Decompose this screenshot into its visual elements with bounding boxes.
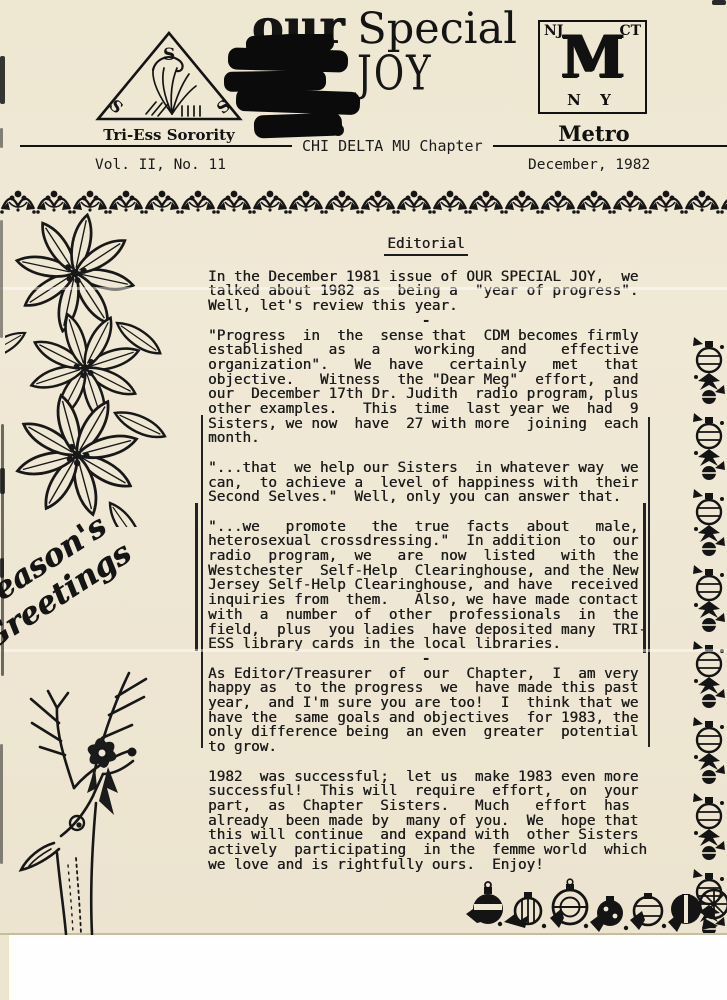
editorial-paragraph-5: As Editor/Treasurer of our Chapter, I am… [208, 667, 644, 755]
newsletter-page: S S S Tri-Ess Sorority ourSpecial JOY [0, 0, 727, 935]
paper-edge-mark [0, 744, 3, 864]
editorial-paragraph-2: "Progress in the sense that CDM becomes … [208, 329, 644, 447]
ornament-band [464, 874, 727, 934]
triangle-letter-top: S [163, 45, 175, 65]
redaction-mark [224, 34, 370, 148]
editorial-heading-wrap: Editorial [208, 237, 644, 256]
editorial-paragraph-3: "...that we help our Sisters in whatever… [208, 461, 644, 505]
holly-border [691, 333, 727, 933]
paper-edge-mark [0, 468, 5, 494]
separator-dash-2: - [208, 652, 644, 667]
metro-logo: NJ CT M N Y Metro [538, 20, 650, 146]
editorial-paragraph-4: "...we promote the true facts about male… [208, 520, 644, 652]
paper-edge-mark [0, 56, 5, 104]
separator-dash-1: - [208, 314, 644, 329]
scanner-background [0, 935, 727, 1000]
fold-crease-lower [0, 649, 727, 652]
editorial-article: Editorial In the December 1981 issue of … [208, 237, 644, 872]
date-label: December, 1982 [528, 157, 650, 173]
metro-box: NJ CT M N Y [538, 20, 647, 114]
metro-ny-label: N Y [540, 91, 645, 109]
editorial-heading: Editorial [384, 237, 467, 256]
reindeer-illustration [4, 653, 166, 935]
triangle-starburst [146, 57, 200, 116]
paper-edge-mark [1, 424, 4, 676]
paper-edge-sliver [0, 935, 9, 1000]
editorial-paragraph-1: In the December 1981 issue of OUR SPECIA… [208, 270, 644, 314]
triangle-letter-left: S [106, 96, 127, 118]
margin-rule-left-short [195, 503, 198, 651]
poinsettia-illustration [5, 213, 187, 527]
issue-info-row: Vol. II, No. 11 December, 1982 [0, 157, 727, 175]
rule-right [493, 145, 727, 148]
margin-rule-right-long [648, 417, 650, 747]
paper-edge-mark [0, 558, 4, 578]
margin-rule-left-long [201, 415, 203, 748]
editorial-paragraph-6: 1982 was successful; let us make 1983 ev… [208, 770, 644, 873]
volume-label: Vol. II, No. 11 [95, 157, 226, 173]
paper-edge-mark [0, 220, 3, 338]
metro-m-letter: M [540, 28, 645, 86]
paper-edge-mark [712, 0, 726, 5]
paper-edge-mark [0, 128, 3, 148]
margin-rule-right-short [643, 503, 646, 653]
fold-crease-upper [0, 287, 727, 290]
